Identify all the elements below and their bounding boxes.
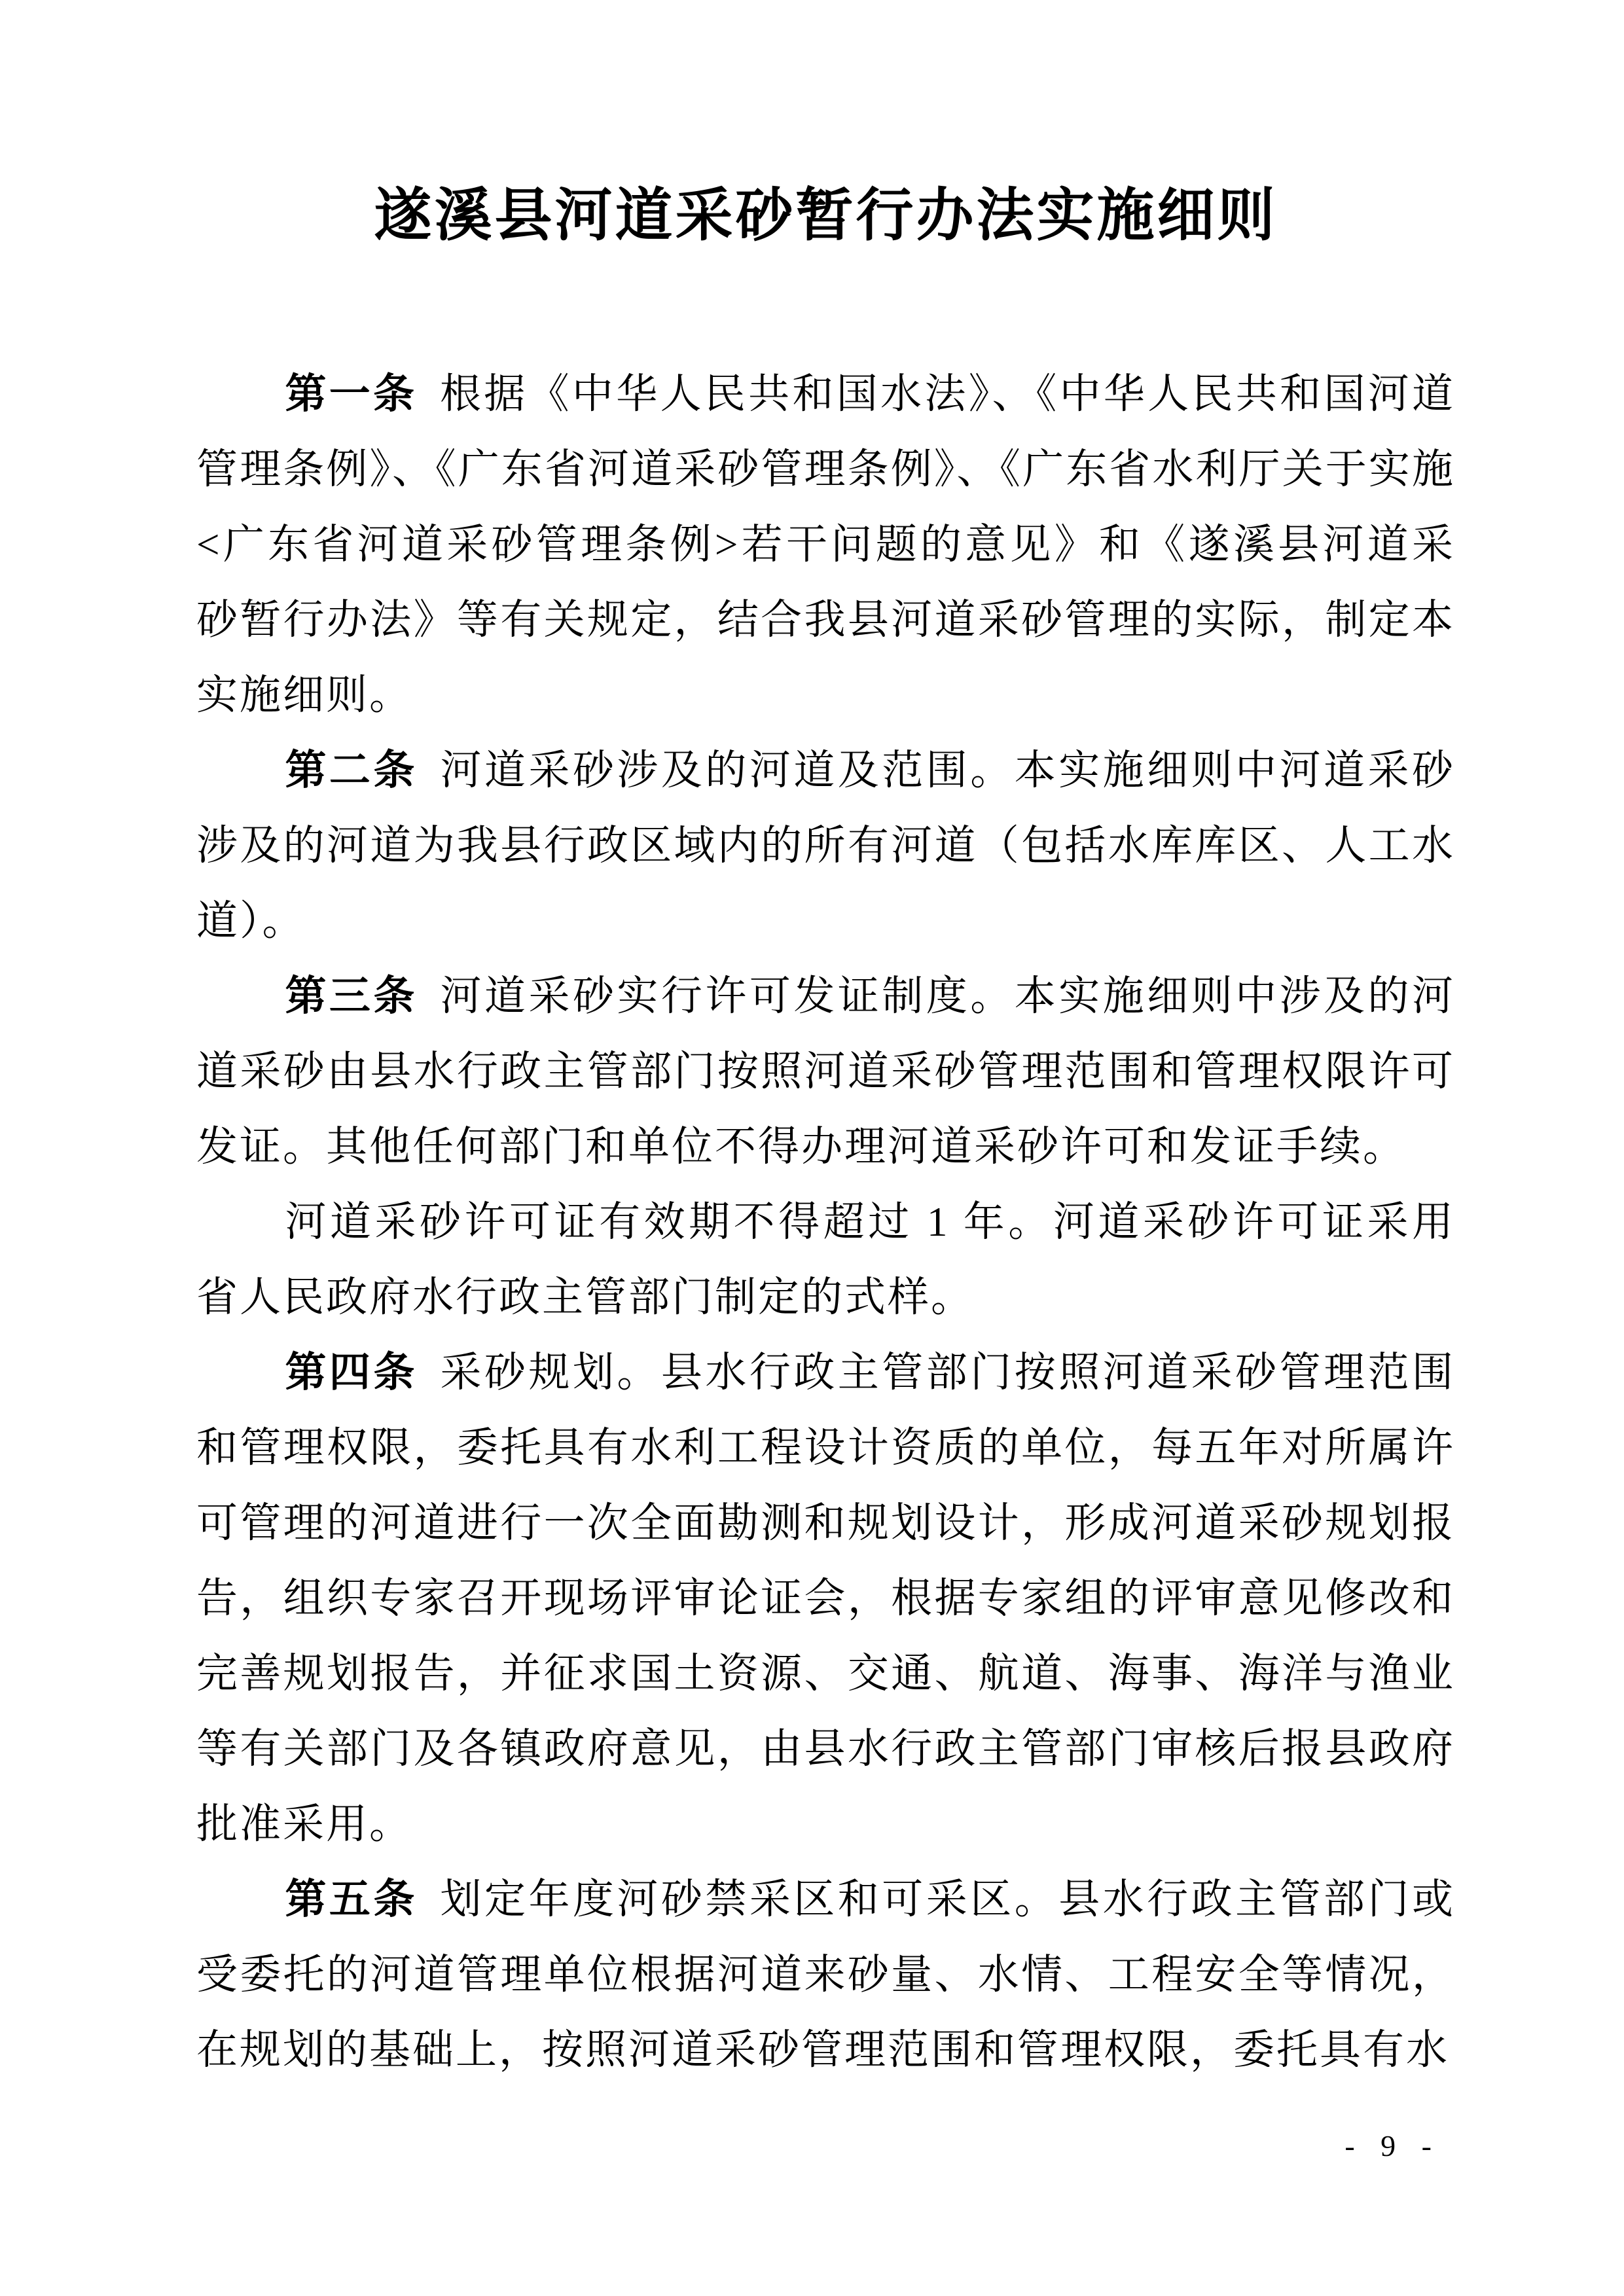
article-2-label: 第二条	[285, 747, 417, 793]
article-4-paragraph: 第四条采砂规划。县水行政主管部门按照河道采砂管理范围和管理权限，委托具有水利工程…	[196, 1335, 1455, 1862]
article-5-paragraph: 第五条划定年度河砂禁采区和可采区。县水行政主管部门或受委托的河道管理单位根据河道…	[196, 1862, 1455, 2088]
article-3-label: 第三条	[285, 973, 417, 1019]
page-number: - 9 -	[1344, 2128, 1435, 2163]
article-4-text: 采砂规划。县水行政主管部门按照河道采砂管理范围和管理权限，委托具有水利工程设计资…	[196, 1350, 1455, 1847]
document-title: 遂溪县河道采砂暂行办法实施细则	[196, 188, 1455, 245]
article-4-label: 第四条	[285, 1350, 417, 1395]
article-5-label: 第五条	[285, 1876, 417, 1922]
article-1-label: 第一条	[285, 371, 417, 417]
document-body: 第一条根据《中华人民共和国水法》、《中华人民共和国河道管理条例》、《广东省河道采…	[196, 357, 1455, 2088]
article-1-text: 根据《中华人民共和国水法》、《中华人民共和国河道管理条例》、《广东省河道采砂管理…	[196, 371, 1455, 718]
document-page: 遂溪县河道采砂暂行办法实施细则 第一条根据《中华人民共和国水法》、《中华人民共和…	[0, 0, 1624, 2296]
article-3-paragraph: 第三条河道采砂实行许可发证制度。本实施细则中涉及的河道采砂由县水行政主管部门按照…	[196, 959, 1455, 1185]
article-2-paragraph: 第二条河道采砂涉及的河道及范围。本实施细则中河道采砂涉及的河道为我县行政区域内的…	[196, 733, 1455, 959]
article-3-continuation-text: 河道采砂许可证有效期不得超过 1 年。河道采砂许可证采用省人民政府水行政主管部门…	[196, 1199, 1455, 1320]
article-3-continuation-paragraph: 河道采砂许可证有效期不得超过 1 年。河道采砂许可证采用省人民政府水行政主管部门…	[196, 1185, 1455, 1335]
article-1-paragraph: 第一条根据《中华人民共和国水法》、《中华人民共和国河道管理条例》、《广东省河道采…	[196, 357, 1455, 733]
